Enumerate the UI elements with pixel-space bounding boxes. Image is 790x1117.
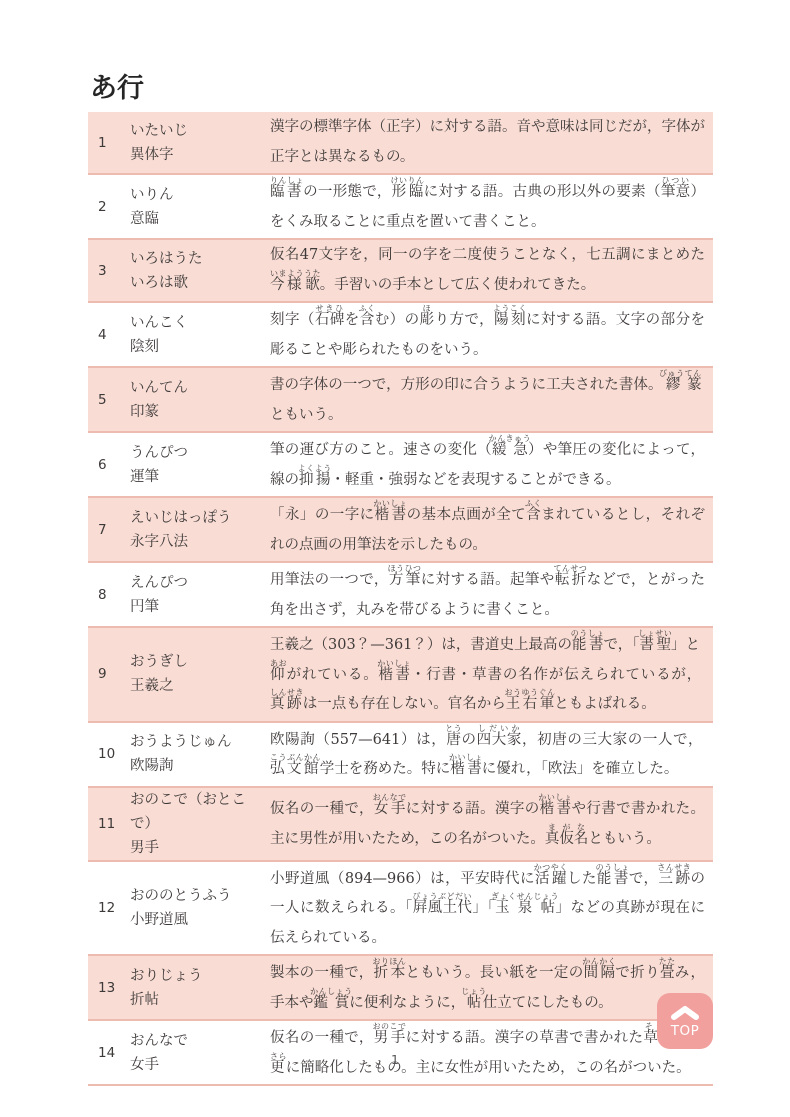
term-kanji: 折帖 (130, 988, 266, 1012)
glossary-row: 7えいじはっぽう永字八法「永」の一字に楷書かいしょの基本点画が全て含ふくまれてい… (88, 498, 713, 563)
definition-text: 製本の一種で，折本おりほんともいう。長い紙を一定の間隔かんかくで折り畳たたみ，手… (270, 957, 705, 1018)
term-kanji: 永字八法 (130, 530, 266, 554)
definition-text: 小野道風（894—966）は，平安時代に活躍かつやくした能書のうしょで，三跡さん… (270, 863, 705, 954)
definition-text: 臨書りんしょの一形態で，形臨けいりんに対する語。古典の形以外の要素（筆意ひつい）… (270, 176, 705, 237)
page-number: 1 (0, 1052, 790, 1067)
definition-cell: 製本の一種で，折本おりほんともいう。長い紙を一定の間隔かんかくで折り畳たたみ，手… (270, 956, 713, 1019)
term-reading: えいじはっぽう (130, 506, 266, 530)
definition-cell: 仮名47文字を，同一の字を二度使うことなく，七五調にまとめた今様いまよう歌うた。… (270, 240, 713, 301)
page-content: あ行 1いたいじ異体字漢字の標準字体（正字）に対する語。音や意味は同じだが，字体… (88, 74, 713, 1086)
term-reading: いんこく (130, 311, 266, 335)
term-reading: おのこで（おとこで） (130, 788, 266, 836)
row-number: 11 (88, 788, 130, 860)
term-cell: いりん意臨 (130, 175, 270, 238)
term-cell: いたいじ異体字 (130, 112, 270, 173)
term-cell: いろはうたいろは歌 (130, 240, 270, 301)
term-cell: えいじはっぽう永字八法 (130, 498, 270, 561)
glossary-row: 9おうぎし王羲之王羲之（303？—361？）は，書道史上最高の能書のうしょで，「… (88, 628, 713, 723)
page-title: あ行 (90, 74, 713, 104)
term-cell: いんこく陰刻 (130, 303, 270, 366)
term-reading: いろはうた (130, 247, 266, 271)
term-cell: うんぴつ運筆 (130, 433, 270, 496)
row-number: 8 (88, 563, 130, 626)
term-kanji: 意臨 (130, 207, 266, 231)
row-number: 1 (88, 112, 130, 173)
glossary-row: 1いたいじ異体字漢字の標準字体（正字）に対する語。音や意味は同じだが，字体が正字… (88, 112, 713, 175)
definition-text: 刻字（石碑せきひを含ふくむ）の彫ほり方で，陽刻ようこくに対する語。文字の部分を彫… (270, 304, 705, 365)
term-cell: おうようじゅん欧陽詢 (130, 723, 270, 786)
glossary-row: 5いんてん印篆書の字体の一つで，方形の印に合うように工夫された書体。繆篆びゅうて… (88, 368, 713, 433)
definition-cell: 小野道風（894—966）は，平安時代に活躍かつやくした能書のうしょで，三跡さん… (270, 862, 713, 955)
chevron-up-icon (670, 1006, 700, 1023)
glossary-row: 10おうようじゅん欧陽詢欧陽詢（557—641）は，唐とうの四大家しだいか，初唐… (88, 723, 713, 788)
definition-cell: 仮名の一種で，女手おんなでに対する語。漢字の楷書かいしょや行書で書かれた。主に男… (270, 788, 713, 860)
glossary-row: 4いんこく陰刻刻字（石碑せきひを含ふくむ）の彫ほり方で，陽刻ようこくに対する語。… (88, 303, 713, 368)
term-reading: うんぴつ (130, 441, 266, 465)
term-kanji: 運筆 (130, 465, 266, 489)
glossary-row: 8えんぴつ円筆用筆法の一つで，方筆ほうひつに対する語。起筆や転折てんせつなどで，… (88, 563, 713, 628)
term-cell: おうぎし王羲之 (130, 628, 270, 721)
definition-text: 用筆法の一つで，方筆ほうひつに対する語。起筆や転折てんせつなどで，とがった角を出… (270, 564, 705, 625)
definition-text: 漢字の標準字体（正字）に対する語。音や意味は同じだが，字体が正字とは異なるもの。 (270, 113, 705, 172)
row-number: 4 (88, 303, 130, 366)
term-kanji: 王羲之 (130, 674, 266, 698)
glossary-row: 2いりん意臨臨書りんしょの一形態で，形臨けいりんに対する語。古典の形以外の要素（… (88, 175, 713, 240)
term-kanji: 異体字 (130, 143, 266, 167)
definition-text: 書の字体の一つで，方形の印に合うように工夫された書体。繆篆びゅうてんともいう。 (270, 369, 705, 430)
term-cell: おのこで（おとこで）男手 (130, 788, 270, 860)
glossary-table: 1いたいじ異体字漢字の標準字体（正字）に対する語。音や意味は同じだが，字体が正字… (88, 112, 713, 1086)
row-number: 6 (88, 433, 130, 496)
glossary-row: 13おりじょう折帖製本の一種で，折本おりほんともいう。長い紙を一定の間隔かんかく… (88, 956, 713, 1021)
row-number: 2 (88, 175, 130, 238)
definition-text: 筆の運び方のこと。速さの変化（緩急かんきゅう）や筆圧の変化によって，線の抑よく揚… (270, 434, 705, 495)
definition-text: 仮名47文字を，同一の字を二度使うことなく，七五調にまとめた今様いまよう歌うた。… (270, 241, 705, 300)
term-reading: おりじょう (130, 964, 266, 988)
definition-cell: 臨書りんしょの一形態で，形臨けいりんに対する語。古典の形以外の要素（筆意ひつい）… (270, 175, 713, 238)
row-number: 3 (88, 240, 130, 301)
term-cell: いんてん印篆 (130, 368, 270, 431)
term-kanji: 陰刻 (130, 335, 266, 359)
definition-cell: 「永」の一字に楷書かいしょの基本点画が全て含ふくまれているとし，それぞれの点画の… (270, 498, 713, 561)
term-reading: えんぴつ (130, 571, 266, 595)
row-number: 10 (88, 723, 130, 786)
term-reading: おんなで (130, 1029, 266, 1053)
term-kanji: 円筆 (130, 595, 266, 619)
row-number: 9 (88, 628, 130, 721)
definition-cell: 用筆法の一つで，方筆ほうひつに対する語。起筆や転折てんせつなどで，とがった角を出… (270, 563, 713, 626)
term-cell: えんぴつ円筆 (130, 563, 270, 626)
term-kanji: いろは歌 (130, 271, 266, 295)
term-cell: おりじょう折帖 (130, 956, 270, 1019)
term-reading: おうようじゅん (130, 730, 266, 754)
glossary-row: 3いろはうたいろは歌仮名47文字を，同一の字を二度使うことなく，七五調にまとめた… (88, 240, 713, 303)
definition-text: 仮名の一種で，女手おんなでに対する語。漢字の楷書かいしょや行書で書かれた。主に男… (270, 793, 705, 854)
top-button-label: TOP (671, 1024, 700, 1039)
row-number: 5 (88, 368, 130, 431)
definition-cell: 王羲之（303？—361？）は，書道史上最高の能書のうしょで，「書聖しょせい」と… (270, 628, 713, 721)
definition-text: 「永」の一字に楷書かいしょの基本点画が全て含ふくまれているとし，それぞれの点画の… (270, 499, 705, 560)
definition-text: 欧陽詢（557—641）は，唐とうの四大家しだいか，初唐の三大家の一人で，弘文館… (270, 724, 705, 785)
glossary-row: 6うんぴつ運筆筆の運び方のこと。速さの変化（緩急かんきゅう）や筆圧の変化によって… (88, 433, 713, 498)
definition-cell: 漢字の標準字体（正字）に対する語。音や意味は同じだが，字体が正字とは異なるもの。 (270, 112, 713, 173)
term-cell: おののとうふう小野道風 (130, 862, 270, 955)
term-reading: おうぎし (130, 650, 266, 674)
definition-text: 王羲之（303？—361？）は，書道史上最高の能書のうしょで，「書聖しょせい」と… (270, 629, 705, 720)
term-reading: おののとうふう (130, 884, 266, 908)
definition-cell: 刻字（石碑せきひを含ふくむ）の彫ほり方で，陽刻ようこくに対する語。文字の部分を彫… (270, 303, 713, 366)
definition-cell: 欧陽詢（557—641）は，唐とうの四大家しだいか，初唐の三大家の一人で，弘文館… (270, 723, 713, 786)
term-kanji: 男手 (130, 836, 266, 860)
definition-cell: 書の字体の一つで，方形の印に合うように工夫された書体。繆篆びゅうてんともいう。 (270, 368, 713, 431)
term-kanji: 欧陽詢 (130, 754, 266, 778)
row-number: 7 (88, 498, 130, 561)
top-button[interactable]: TOP (657, 993, 713, 1049)
term-reading: いりん (130, 183, 266, 207)
row-number: 13 (88, 956, 130, 1019)
term-reading: いんてん (130, 376, 266, 400)
term-kanji: 印篆 (130, 400, 266, 424)
term-kanji: 小野道風 (130, 908, 266, 932)
term-reading: いたいじ (130, 119, 266, 143)
definition-cell: 筆の運び方のこと。速さの変化（緩急かんきゅう）や筆圧の変化によって，線の抑よく揚… (270, 433, 713, 496)
glossary-row: 12おののとうふう小野道風小野道風（894—966）は，平安時代に活躍かつやくし… (88, 862, 713, 957)
glossary-row: 11おのこで（おとこで）男手仮名の一種で，女手おんなでに対する語。漢字の楷書かい… (88, 788, 713, 862)
row-number: 12 (88, 862, 130, 955)
